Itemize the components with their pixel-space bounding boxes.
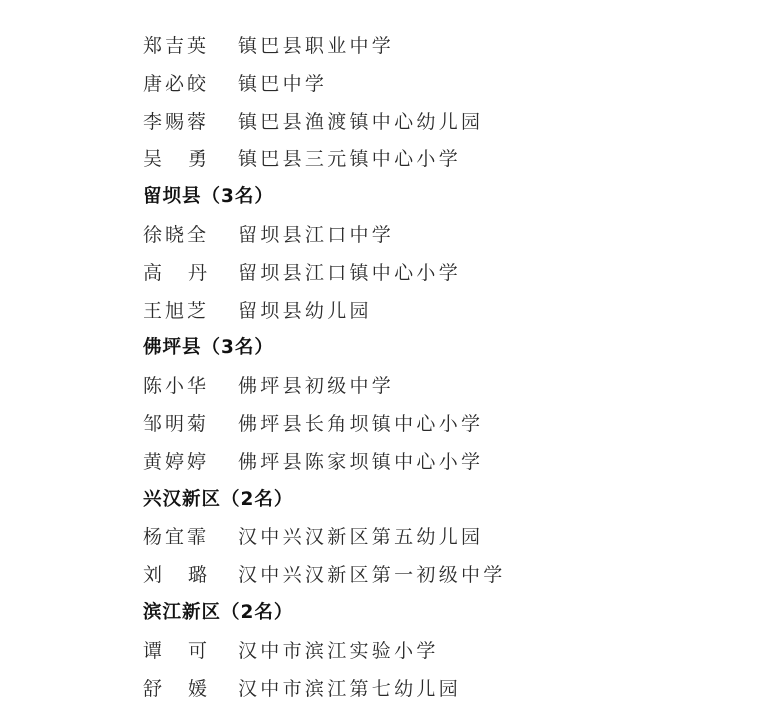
person-name: 高丹 — [143, 258, 207, 288]
institution-name: 镇巴中学 — [238, 69, 327, 99]
name-char: 吴 — [143, 144, 162, 174]
person-name: 吴勇 — [143, 144, 207, 174]
section-heading: 滨江新区（2名） — [143, 598, 293, 636]
person-name: 李赐蓉 — [143, 107, 209, 137]
list-item: 黄婷婷 佛坪县陈家坝镇中心小学 — [143, 447, 293, 485]
person-name: 杨宜霏 — [143, 522, 209, 552]
list-item: 郑吉英 镇巴县职业中学 — [143, 31, 293, 69]
institution-name: 留坝县江口中学 — [238, 220, 394, 250]
name-char: 舒 — [143, 674, 162, 704]
institution-name: 镇巴县职业中学 — [238, 31, 394, 61]
institution-name: 汉中兴汉新区第五幼儿园 — [238, 522, 483, 552]
institution-name: 汉中兴汉新区第一初级中学 — [238, 560, 506, 590]
name-char: 勇 — [188, 144, 207, 174]
name-char: 谭 — [143, 636, 162, 666]
person-name: 唐必皎 — [143, 69, 209, 99]
person-name: 郑吉英 — [143, 31, 209, 61]
list-item: 舒媛 汉中市滨江第七幼儿园 — [143, 674, 293, 712]
list-item: 徐晓全 留坝县江口中学 — [143, 220, 293, 258]
name-char: 刘 — [143, 560, 162, 590]
institution-name: 汉中市滨江第七幼儿园 — [238, 674, 461, 704]
institution-name: 佛坪县陈家坝镇中心小学 — [238, 447, 483, 477]
person-name: 刘璐 — [143, 560, 207, 590]
name-char: 可 — [188, 636, 207, 666]
institution-name: 镇巴县渔渡镇中心幼儿园 — [238, 107, 483, 137]
list-item: 唐必皎 镇巴中学 — [143, 69, 293, 107]
list-item: 谭可 汉中市滨江实验小学 — [143, 636, 293, 674]
institution-name: 佛坪县长角坝镇中心小学 — [238, 409, 483, 439]
list-item: 高丹 留坝县江口镇中心小学 — [143, 258, 293, 296]
institution-name: 佛坪县初级中学 — [238, 371, 394, 401]
section-heading: 佛坪县（3名） — [143, 333, 293, 371]
name-char: 媛 — [188, 674, 207, 704]
list-item: 邹明菊 佛坪县长角坝镇中心小学 — [143, 409, 293, 447]
list-item: 陈小华 佛坪县初级中学 — [143, 371, 293, 409]
person-name: 邹明菊 — [143, 409, 209, 439]
section-heading: 留坝县（3名） — [143, 182, 293, 220]
person-name: 谭可 — [143, 636, 207, 666]
person-name: 黄婷婷 — [143, 447, 209, 477]
list-item: 王旭芝 留坝县幼儿园 — [143, 296, 293, 334]
person-name: 王旭芝 — [143, 296, 209, 326]
section-heading: 兴汉新区（2名） — [143, 485, 293, 523]
name-char: 璐 — [188, 560, 207, 590]
list-item: 李赐蓉 镇巴县渔渡镇中心幼儿园 — [143, 107, 293, 145]
institution-name: 汉中市滨江实验小学 — [238, 636, 439, 666]
institution-name: 镇巴县三元镇中心小学 — [238, 144, 461, 174]
list-item: 吴勇 镇巴县三元镇中心小学 — [143, 144, 293, 182]
name-char: 高 — [143, 258, 162, 288]
honoree-list: 郑吉英 镇巴县职业中学 唐必皎 镇巴中学 李赐蓉 镇巴县渔渡镇中心幼儿园 吴勇 … — [143, 31, 293, 711]
person-name: 舒媛 — [143, 674, 207, 704]
name-char: 丹 — [188, 258, 207, 288]
institution-name: 留坝县幼儿园 — [238, 296, 372, 326]
institution-name: 留坝县江口镇中心小学 — [238, 258, 461, 288]
list-item: 杨宜霏 汉中兴汉新区第五幼儿园 — [143, 522, 293, 560]
person-name: 徐晓全 — [143, 220, 209, 250]
person-name: 陈小华 — [143, 371, 209, 401]
list-item: 刘璐 汉中兴汉新区第一初级中学 — [143, 560, 293, 598]
